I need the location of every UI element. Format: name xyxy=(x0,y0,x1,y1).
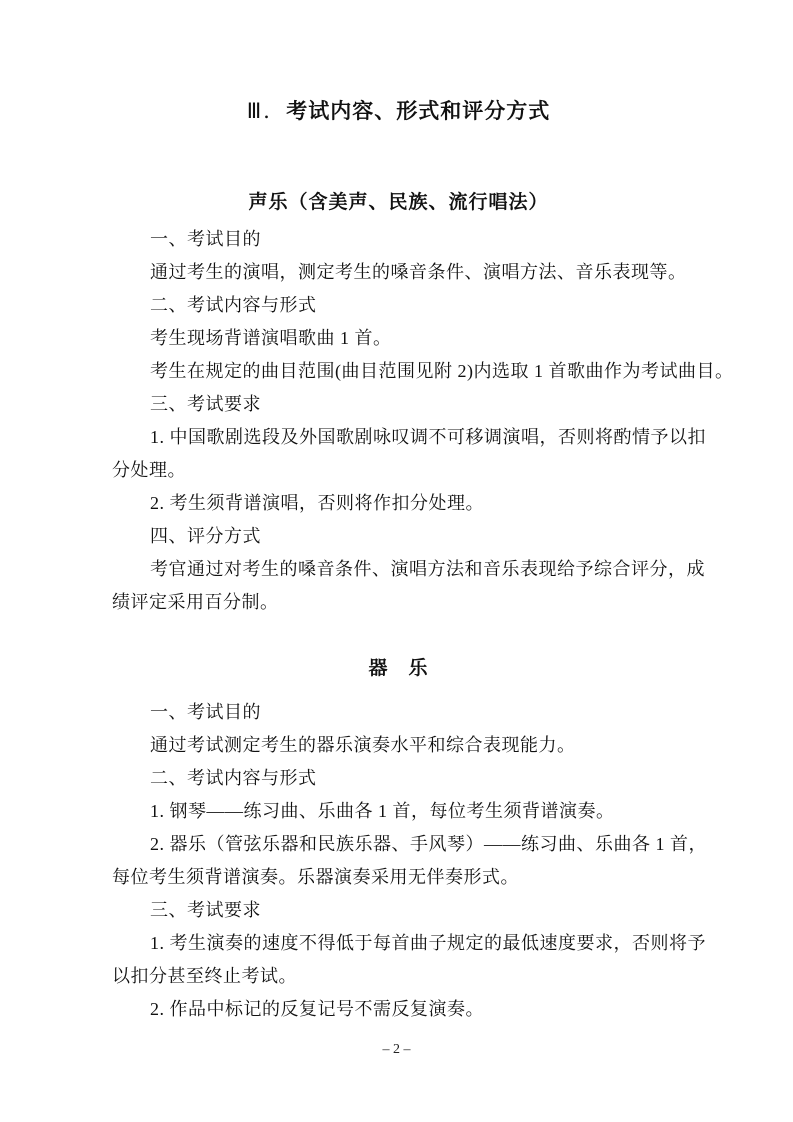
text-line: 以扣分甚至终止考试。 xyxy=(112,960,685,993)
text-line: 考官通过对考生的嗓音条件、演唱方法和音乐表现给予综合评分，成 xyxy=(112,553,685,586)
text-line: 2. 器乐（管弦乐器和民族乐器、手风琴）——练习曲、乐曲各 1 首， xyxy=(112,828,685,861)
text-line: 1. 考生演奏的速度不得低于每首曲子规定的最低速度要求，否则将予 xyxy=(112,927,685,960)
text-line: 2. 考生须背谱演唱，否则将作扣分处理。 xyxy=(112,487,685,520)
section-vocal-heading: 声乐（含美声、民族、流行唱法） xyxy=(112,189,685,216)
page-number: – 2 – xyxy=(0,1040,793,1060)
section-vocal-body: 一、考试目的通过考生的演唱，测定考生的嗓音条件、演唱方法、音乐表现等。二、考试内… xyxy=(112,223,685,619)
page-title: Ⅲ．考试内容、形式和评分方式 xyxy=(112,97,685,126)
section-instrumental-heading: 器 乐 xyxy=(112,655,685,682)
page-title-numeral: Ⅲ． xyxy=(247,99,286,123)
text-line: 通过考试测定考生的器乐演奏水平和综合表现能力。 xyxy=(112,729,685,762)
text-line: 分处理。 xyxy=(112,454,685,487)
text-line: 四、评分方式 xyxy=(112,520,685,553)
text-line: 三、考试要求 xyxy=(112,894,685,927)
text-line: 2. 作品中标记的反复记号不需反复演奏。 xyxy=(112,993,685,1026)
text-line: 通过考生的演唱，测定考生的嗓音条件、演唱方法、音乐表现等。 xyxy=(112,256,685,289)
page-title-text: 考试内容、形式和评分方式 xyxy=(286,100,550,123)
text-line: 每位考生须背谱演奏。乐器演奏采用无伴奏形式。 xyxy=(112,861,685,894)
section-instrumental-body: 一、考试目的通过考试测定考生的器乐演奏水平和综合表现能力。二、考试内容与形式1.… xyxy=(112,696,685,1026)
text-line: 考生现场背谱演唱歌曲 1 首。 xyxy=(112,322,685,355)
text-line: 考生在规定的曲目范围(曲目范围见附 2)内选取 1 首歌曲作为考试曲目。 xyxy=(112,355,685,388)
text-line: 绩评定采用百分制。 xyxy=(112,586,685,619)
text-line: 一、考试目的 xyxy=(112,696,685,729)
section-vocal: 声乐（含美声、民族、流行唱法） 一、考试目的通过考生的演唱，测定考生的嗓音条件、… xyxy=(112,189,685,619)
section-instrumental: 器 乐 一、考试目的通过考试测定考生的器乐演奏水平和综合表现能力。二、考试内容与… xyxy=(112,655,685,1026)
text-line: 三、考试要求 xyxy=(112,388,685,421)
document-page: Ⅲ．考试内容、形式和评分方式 声乐（含美声、民族、流行唱法） 一、考试目的通过考… xyxy=(0,0,793,1122)
text-line: 一、考试目的 xyxy=(112,223,685,256)
text-line: 二、考试内容与形式 xyxy=(112,762,685,795)
text-line: 二、考试内容与形式 xyxy=(112,289,685,322)
text-line: 1. 钢琴——练习曲、乐曲各 1 首，每位考生须背谱演奏。 xyxy=(112,795,685,828)
text-line: 1. 中国歌剧选段及外国歌剧咏叹调不可移调演唱，否则将酌情予以扣 xyxy=(112,421,685,454)
